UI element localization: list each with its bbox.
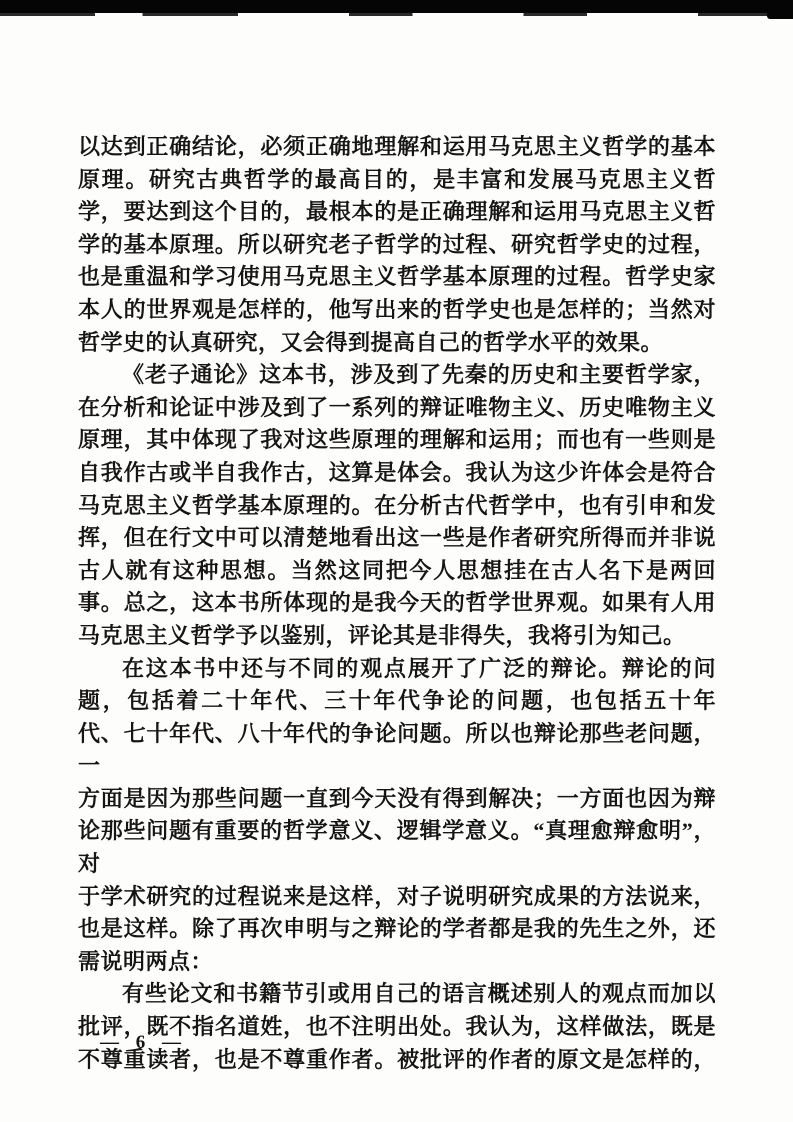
text-line: 代、七十年代、八十年代的争论问题。所以也辩论那些老问题，一 — [78, 718, 716, 783]
scan-artifact-fray — [0, 13, 793, 16]
text-line: 也是这样。除了再次申明与之辩论的学者都是我的先生之外，还 — [78, 913, 716, 946]
text-block: 以达到正确结论，必须正确地理解和运用马克思主义哲学的基本原理。研究古典哲学的最高… — [78, 131, 716, 1076]
text-line: 以达到正确结论，必须正确地理解和运用马克思主义哲学的基本 — [78, 131, 716, 164]
text-line: 古人就有这种思想。当然这同把今人思想挂在古人名下是两回 — [78, 555, 716, 588]
text-line: 论那些问题有重要的哲学意义、逻辑学意义。“真理愈辩愈明”，对 — [78, 815, 716, 880]
text-line: 需说明两点： — [78, 946, 716, 979]
text-line: 马克思主义哲学基本原理的。在分析古代哲学中，也有引申和发 — [78, 490, 716, 523]
text-line: 原理，其中体现了我对这些原理的理解和运用；而也有一些则是 — [78, 424, 716, 457]
text-line: 原理。研究古典哲学的最高目的，是丰富和发展马克思主义哲 — [78, 164, 716, 197]
text-line: 学，要达到这个目的，最根本的是正确理解和运用马克思主义哲 — [78, 196, 716, 229]
text-line: 事。总之，这本书所体现的是我今天的哲学世界观。如果有人用 — [78, 587, 716, 620]
text-line: 题，包括着二十年代、三十年代争论的问题，也包括五十年 — [78, 685, 716, 718]
text-line: 在分析和论证中涉及到了一系列的辩证唯物主义、历史唯物主义 — [78, 392, 716, 425]
text-line: 本人的世界观是怎样的，他写出来的哲学史也是怎样的；当然对 — [78, 294, 716, 327]
text-line: 《老子通论》这本书，涉及到了先秦的历史和主要哲学家， — [78, 359, 716, 392]
scan-artifact-blob — [767, 10, 793, 19]
text-line: 方面是因为那些问题一直到今天没有得到解决；一方面也因为辩 — [78, 783, 716, 816]
text-line: 马克思主义哲学予以鉴别，评论其是非得失，我将引为知己。 — [78, 620, 716, 653]
text-line: 学的基本原理。所以研究老子哲学的过程、研究哲学史的过程， — [78, 229, 716, 262]
page-number: — 6 — — [100, 1032, 187, 1054]
scan-artifact-bar — [0, 0, 793, 13]
text-line: 哲学史的认真研究，又会得到提高自己的哲学水平的效果。 — [78, 327, 716, 360]
book-page: 以达到正确结论，必须正确地理解和运用马克思主义哲学的基本原理。研究古典哲学的最高… — [0, 0, 793, 1122]
text-line: 于学术研究的过程说来是这样，对子说明研究成果的方法说来， — [78, 881, 716, 914]
text-line: 在这本书中还与不同的观点展开了广泛的辩论。辩论的问 — [78, 653, 716, 686]
text-line: 也是重温和学习使用马克思主义哲学基本原理的过程。哲学史家 — [78, 261, 716, 294]
text-line: 有些论文和书籍节引或用自己的语言概述别人的观点而加以 — [78, 978, 716, 1011]
text-line: 挥，但在行文中可以清楚地看出这一些是作者研究所得而并非说 — [78, 522, 716, 555]
text-line: 自我作古或半自我作古，这算是体会。我认为这少许体会是符合 — [78, 457, 716, 490]
